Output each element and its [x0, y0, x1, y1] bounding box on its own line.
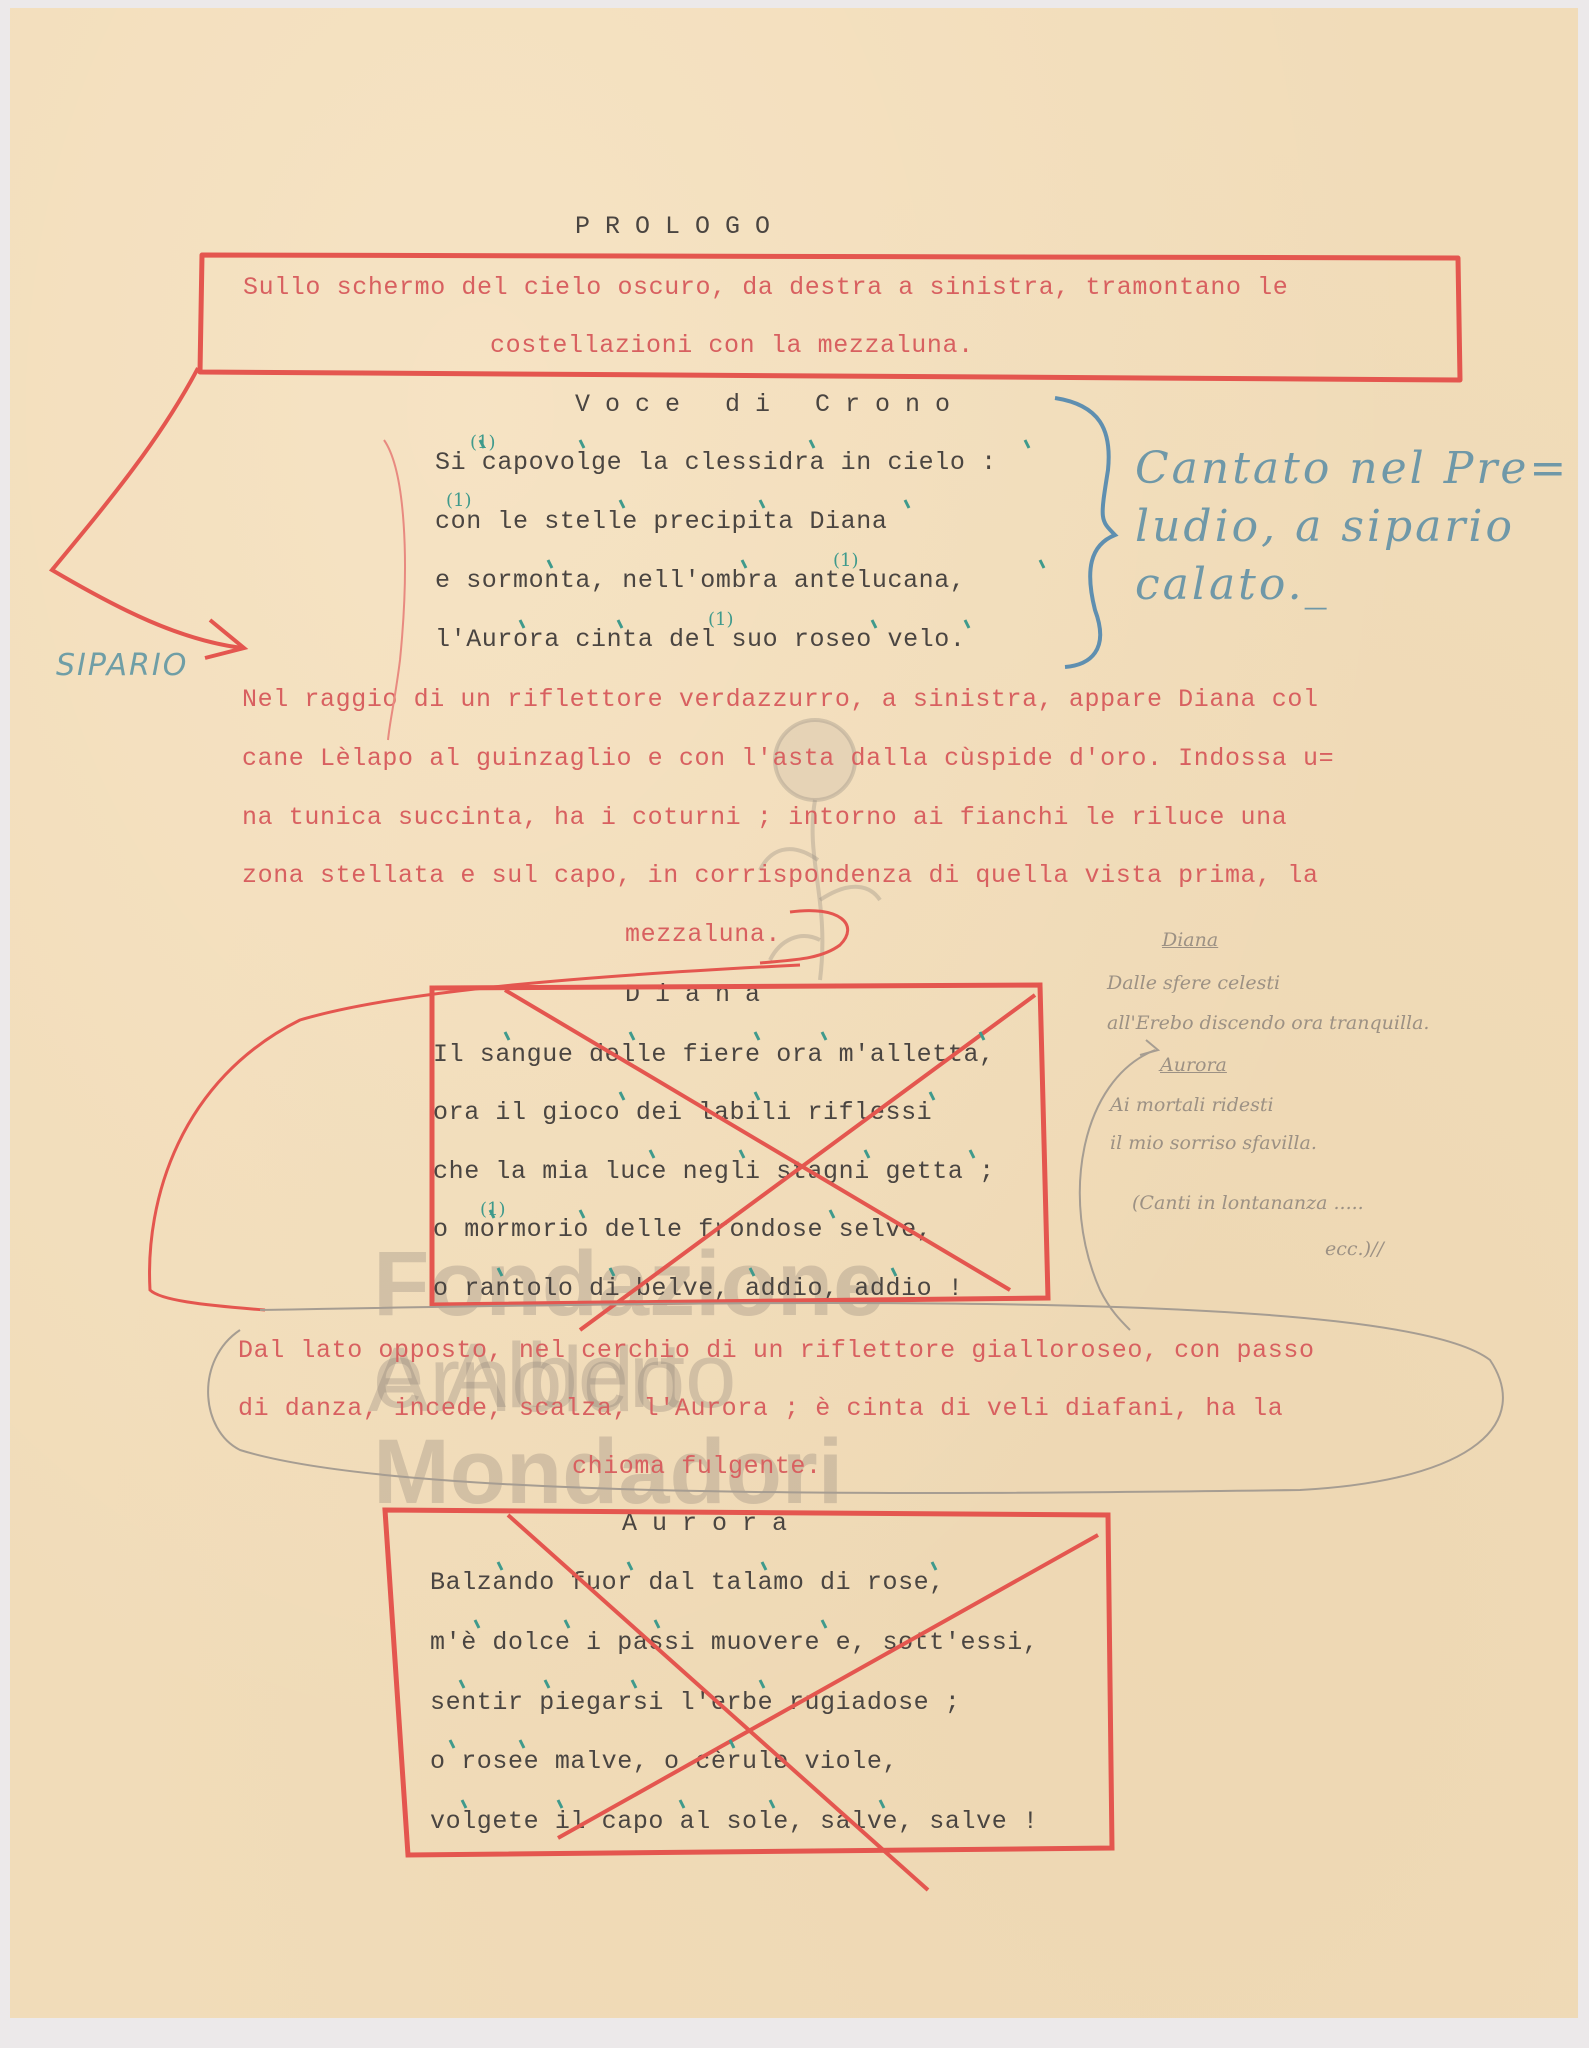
diana-verse-2: ora il gioco dei labili riflessi — [433, 1098, 932, 1128]
stage-direction-1-line-2: costellazioni con la mezzaluna. — [490, 331, 974, 361]
aurora-verse-5: volgete il capo al sole, salve, salve ! — [430, 1807, 1039, 1837]
stage-direction-2-line-5: mezzaluna. — [625, 920, 781, 950]
blue-margin-note-line-3: calato._ — [1135, 556, 1330, 614]
blue-margin-note-line-2: ludio, a sipario — [1135, 498, 1515, 556]
speaker-crono: Voce di Crono — [575, 390, 965, 420]
aurora-verse-3: sentir piegarsi l'erbe rugiadose ; — [430, 1688, 960, 1718]
aurora-verse-1: Balzando fuor dal talamo di rose, — [430, 1568, 945, 1598]
pencil-note-line-5: (Canti in lontananza ..... — [1132, 1188, 1364, 1218]
pencil-note-line-3: Ai mortali ridesti — [1110, 1090, 1274, 1120]
crono-verse-2: con le stelle precipita Diana — [435, 507, 887, 537]
stage-direction-3-line-3: chioma fulgente. — [572, 1452, 822, 1482]
crono-verse-1: Si capovolge la clessidra in cielo : — [435, 448, 997, 478]
stage-direction-3-line-1: Dal lato opposto, nel cerchio di un rifl… — [238, 1336, 1315, 1366]
blue-margin-note-line-1: Cantato nel Pre= — [1135, 440, 1569, 498]
aurora-verse-4: o rosee malve, o cèrule viole, — [430, 1747, 898, 1777]
speaker-diana: Diana — [625, 980, 775, 1010]
stage-direction-2-line-1: Nel raggio di un riflettore verdazzurro,… — [242, 685, 1319, 715]
pencil-note-line-4: il mio sorriso sfavilla. — [1110, 1128, 1317, 1158]
stage-direction-1-line-1: Sullo schermo del cielo oscuro, da destr… — [243, 273, 1288, 303]
diana-verse-1: Il sangue delle fiere ora m'alletta, — [433, 1040, 995, 1070]
aurora-verse-2: m'è dolce i passi muovere e, sott'essi, — [430, 1628, 1039, 1658]
pencil-note-line-1: Dalle sfere celesti — [1107, 968, 1280, 998]
stage-direction-2-line-3: na tunica succinta, ha i coturni ; intor… — [242, 803, 1287, 833]
page-title: PROLOGO — [575, 212, 785, 242]
stage-direction-3-line-2: di danza, incede, scalza, l'Aurora ; è c… — [238, 1394, 1283, 1424]
diana-verse-4: o mormorio delle frondose selve, — [433, 1215, 932, 1245]
sipario-note: SIPARIO — [56, 648, 188, 683]
diana-verse-3: che la mia luce negli stagni getta ; — [433, 1157, 995, 1187]
pencil-note-heading-aurora: Aurora — [1160, 1050, 1227, 1080]
pencil-note-heading-diana: Diana — [1162, 925, 1218, 955]
diana-verse-5: o rantolo di belve, addio, addio ! — [433, 1274, 963, 1304]
crono-verse-3: e sormonta, nell'ombra antelucana, — [435, 566, 965, 596]
pencil-note-line-6: ecc.)// — [1325, 1234, 1384, 1264]
pencil-note-line-2: all'Erebo discendo ora tranquilla. — [1107, 1008, 1429, 1038]
speaker-aurora: Aurora — [622, 1509, 802, 1539]
crono-verse-4: l'Aurora cinta del suo roseo velo. — [435, 625, 965, 655]
stage-direction-2-line-4: zona stellata e sul capo, in corrisponde… — [242, 861, 1319, 891]
stage-direction-2-line-2: cane Lèlapo al guinzaglio e con l'asta d… — [242, 744, 1334, 774]
